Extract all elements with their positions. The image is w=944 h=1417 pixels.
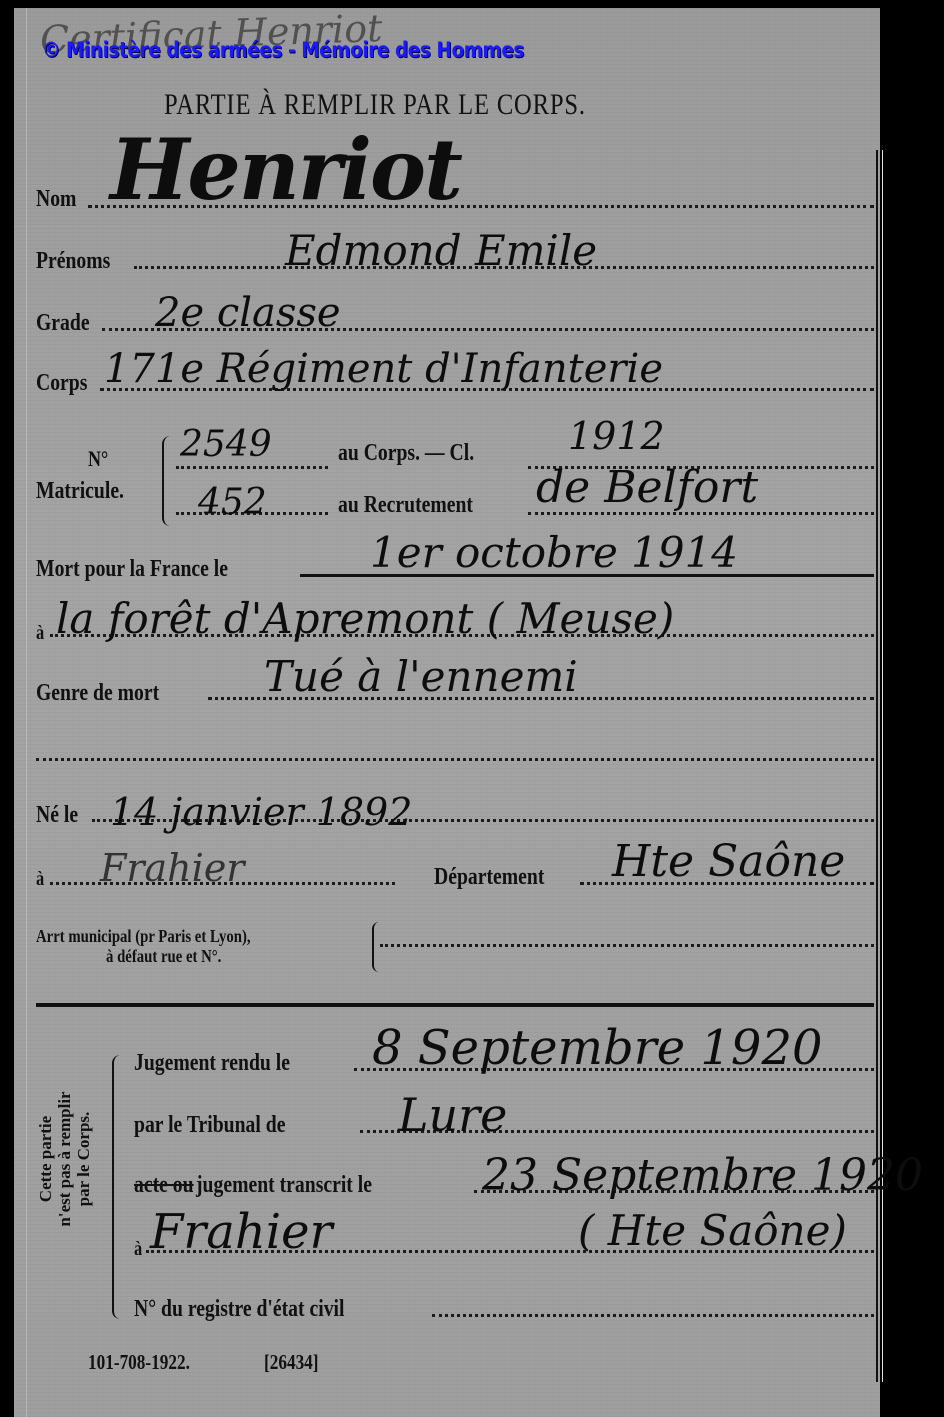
lieu-naissance-value: Frahier [100, 846, 244, 890]
ne-le-label: Né le [36, 802, 78, 829]
arrondissement-label-line1: Arrt municipal (pr Paris et Lyon), [36, 926, 251, 947]
side-note: Cette partie n'est pas à remplir par le … [36, 1074, 93, 1244]
jugement-brace [112, 1055, 120, 1319]
genre-mort-label: Genre de mort [36, 680, 159, 707]
au-recrutement-label: au Recrutement [338, 492, 473, 519]
tribunal-label: par le Tribunal de [134, 1112, 285, 1139]
blank-line [36, 758, 874, 761]
mort-value: 1er octobre 1914 [370, 528, 738, 577]
matricule-no-label: N° [88, 446, 108, 472]
print-code: 101-708-1922. [88, 1350, 190, 1375]
registre-line [432, 1314, 874, 1317]
classe-value: 1912 [568, 414, 665, 458]
jugement-lieu-label: à [134, 1238, 142, 1261]
ne-le-value: 14 janvier 1892 [110, 790, 412, 834]
transcrit-label: jugement transcrit le [196, 1172, 372, 1199]
matricule-label: Matricule. [36, 478, 124, 505]
matricule-corps-number: 2549 [180, 424, 272, 465]
arrondissement-brace [372, 922, 379, 972]
departement-value: Hte Saône [612, 836, 845, 887]
lieu-naissance-label: à [36, 868, 44, 891]
nom-value: Henriot [110, 120, 461, 219]
mort-label: Mort pour la France le [36, 556, 228, 583]
tribunal-value: Lure [398, 1088, 507, 1142]
genre-mort-value: Tué à l'ennemi [264, 652, 578, 701]
prenoms-label: Prénoms [36, 248, 110, 275]
jugement-lieu-value: Frahier [150, 1204, 332, 1260]
corps-value: 171e Régiment d'Infanterie [104, 346, 663, 392]
section-divider [36, 1003, 874, 1007]
side-note-line1: Cette partie [36, 1074, 55, 1244]
departement-label: Département [434, 864, 544, 891]
copyright-watermark: © Ministère des armées - Mémoire des Hom… [42, 38, 524, 62]
grade-value: 2e classe [155, 290, 341, 336]
transcrit-struck-label: acte ou [134, 1172, 194, 1199]
lieu-mort-label: à [36, 622, 44, 645]
prenoms-value: Edmond Emile [285, 226, 597, 275]
lieu-mort-value: la forêt d'Apremont ( Meuse) [56, 594, 674, 643]
side-note-line2: n'est pas à remplir [55, 1074, 74, 1244]
registre-label: N° du registre d'état civil [134, 1296, 344, 1323]
side-note-line3: par le Corps. [74, 1074, 93, 1244]
au-corps-label: au Corps. — Cl. [338, 440, 474, 467]
transcrit-value: 23 Septembre 1920 [482, 1150, 923, 1201]
jugement-rendu-label: Jugement rendu le [134, 1050, 290, 1077]
matricule-brace [162, 436, 170, 526]
matricule-recrutement-number: 452 [198, 482, 267, 523]
arrondissement-line [380, 944, 874, 947]
left-edge-rule [26, 8, 27, 1417]
page-title: PARTIE À REMPLIR PAR LE CORPS. [164, 88, 586, 122]
jugement-lieu-department: ( Hte Saône) [578, 1206, 847, 1255]
grade-label: Grade [36, 310, 90, 337]
arrondissement-label-line2: à défaut rue et N°. [106, 946, 221, 967]
nom-label: Nom [36, 186, 76, 213]
print-number: [26434] [264, 1350, 319, 1375]
recrutement-value: de Belfort [536, 462, 758, 513]
corps-label: Corps [36, 370, 87, 397]
jugement-rendu-value: 8 Septembre 1920 [372, 1020, 823, 1076]
matricule-corps-line [176, 466, 328, 469]
